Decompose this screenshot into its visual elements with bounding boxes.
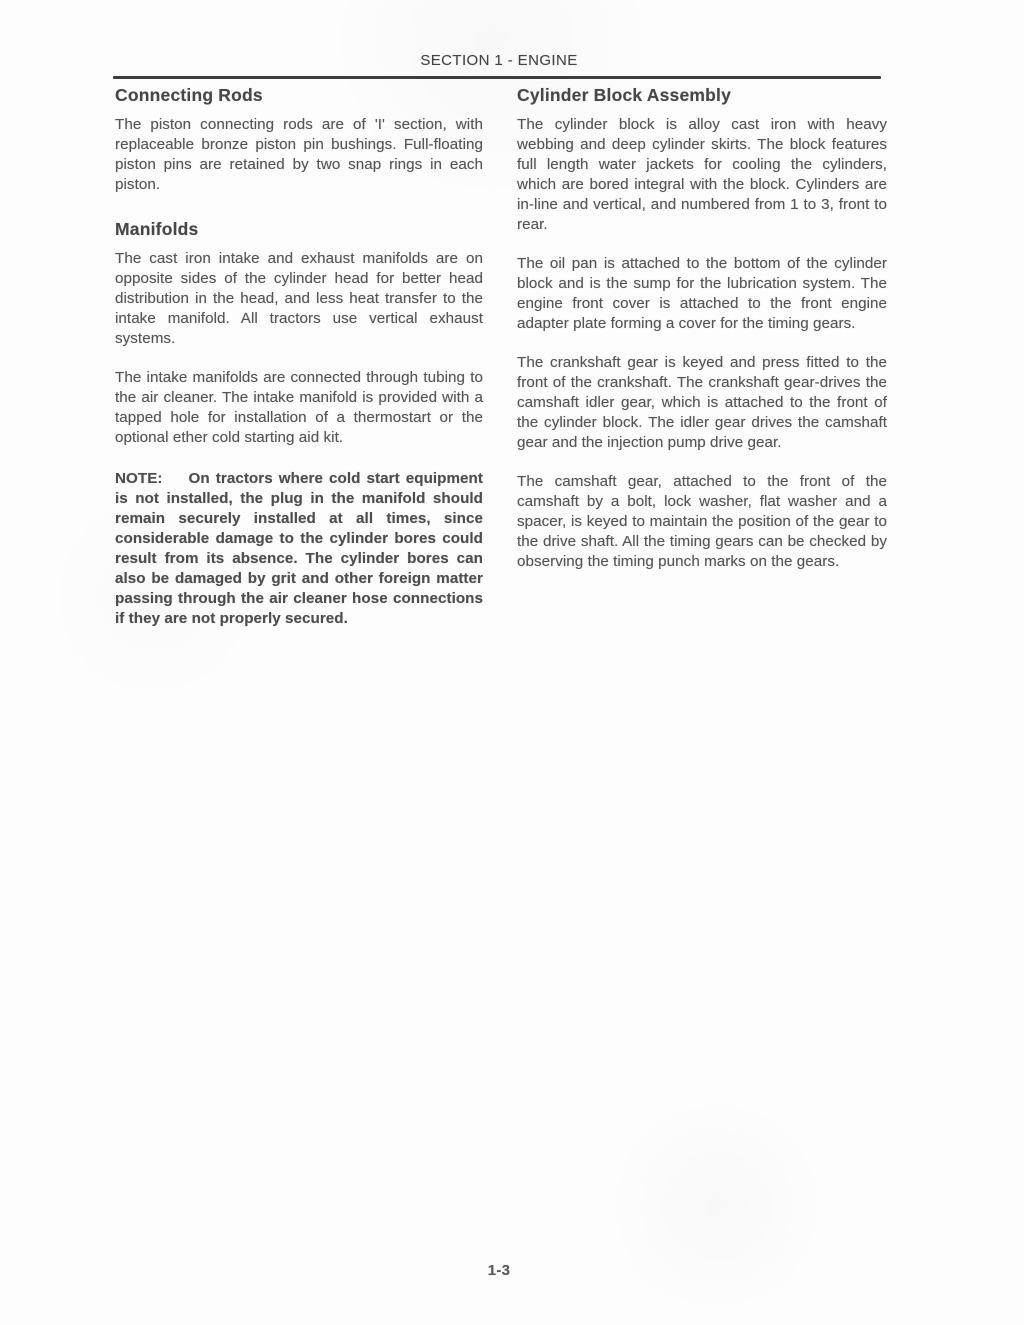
note-label: NOTE: — [115, 470, 163, 487]
body-paragraph: The crankshaft gear is keyed and press f… — [517, 353, 887, 453]
column-left: Connecting Rods The piston connecting ro… — [115, 85, 483, 648]
section-cylinder-block-assembly: Cylinder Block Assembly The cylinder blo… — [517, 85, 887, 572]
section-connecting-rods: Connecting Rods The piston connecting ro… — [115, 85, 483, 195]
manual-page: SECTION 1 - ENGINE Connecting Rods The p… — [0, 0, 1024, 1325]
body-paragraph: The oil pan is attached to the bottom of… — [517, 254, 887, 334]
body-paragraph: The cylinder block is alloy cast iron wi… — [517, 115, 887, 235]
column-right: Cylinder Block Assembly The cylinder blo… — [517, 85, 887, 591]
body-paragraph: The camshaft gear, attached to the front… — [517, 472, 887, 572]
note-text: On tractors where cold start equipment i… — [115, 470, 483, 627]
section-header: SECTION 1 - ENGINE — [113, 52, 885, 69]
header-rule — [113, 76, 881, 79]
section-heading: Cylinder Block Assembly — [517, 85, 887, 106]
page-number: 1-3 — [113, 1262, 885, 1279]
body-paragraph: The piston connecting rods are of 'I' se… — [115, 115, 483, 195]
body-paragraph: The cast iron intake and exhaust manifol… — [115, 249, 483, 349]
section-heading: Manifolds — [115, 219, 483, 240]
note-paragraph: NOTE:On tractors where cold start equipm… — [115, 469, 483, 629]
section-heading: Connecting Rods — [115, 85, 483, 106]
body-paragraph: The intake manifolds are connected throu… — [115, 368, 483, 448]
section-manifolds: Manifolds The cast iron intake and exhau… — [115, 219, 483, 629]
